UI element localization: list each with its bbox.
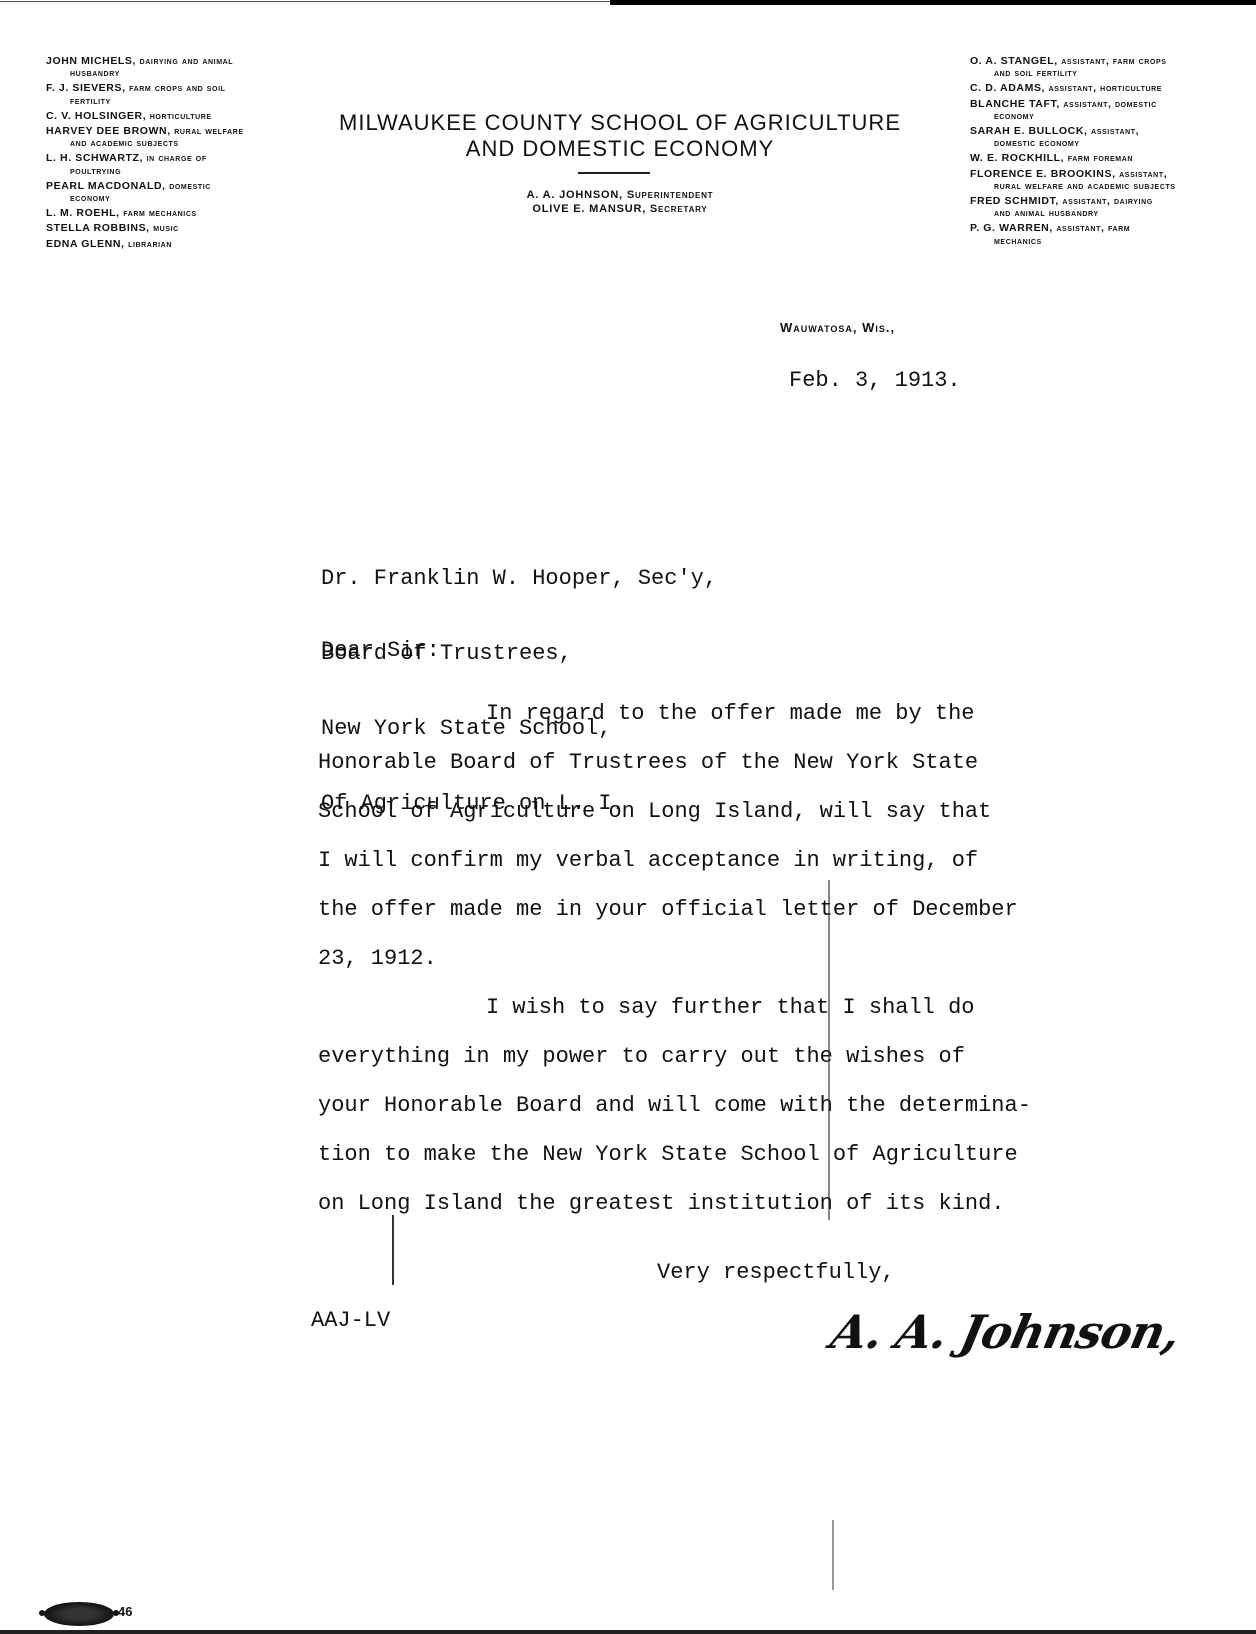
faculty-name: HARVEY DEE BROWN, [46,125,171,137]
faculty-name: L. H. SCHWARTZ, [46,152,143,164]
faculty-role-cont: and Animal Husbandry [970,207,1230,219]
faculty-name: JOHN MICHELS, [46,55,136,67]
faculty-role: Librarian [128,238,172,250]
letter-body: In regard to the offer made me by theHon… [318,689,1138,1228]
body-line: I will confirm my verbal acceptance in w… [318,836,1138,885]
faculty-role-cont: Rural Welfare and Academic Subjects [970,180,1230,192]
faculty-role-cont: Mechanics [970,235,1230,247]
address-line: Dr. Franklin W. Hooper, Sec'y, [321,566,717,591]
faculty-name: BLANCHE TAFT, [970,98,1060,110]
faculty-role: In Charge of [147,152,207,164]
faculty-name: P. G. WARREN, [970,222,1053,234]
faculty-role: Rural Welfare [174,125,243,137]
faculty-role: Farm Crops and Soil [129,82,225,94]
body-line: I wish to say further that I shall do [318,983,1138,1032]
school-name-line1: MILWAUKEE COUNTY SCHOOL OF AGRICULTURE [300,110,940,136]
union-label-icon [44,1602,114,1626]
page-edge-line [0,1,610,2]
body-line: In regard to the offer made me by the [318,689,1138,738]
scan-artifact [832,1520,834,1590]
faculty-entry: F. J. SIEVERS, Farm Crops and SoilFertil… [46,82,296,106]
faculty-entry: W. E. ROCKHILL, Farm Foreman [970,152,1230,164]
officers: A. A. JOHNSON, Superintendent OLIVE E. M… [300,188,940,216]
faculty-role: Farm Mechanics [123,207,197,219]
faculty-name: EDNA GLENN, [46,238,125,250]
faculty-entry: HARVEY DEE BROWN, Rural Welfareand Acade… [46,125,296,149]
faculty-role-cont: Poultrying [46,165,296,177]
faculty-entry: EDNA GLENN, Librarian [46,238,296,250]
faculty-role: Assistant, [1091,125,1139,137]
faculty-role: Music [153,222,179,234]
reference-initials: AAJ-LV [311,1308,390,1333]
faculty-role: Assistant, Farm Crops [1061,55,1166,67]
faculty-entry: C. D. ADAMS, Assistant, Horticulture [970,82,1230,94]
faculty-list-left: JOHN MICHELS, Dairying and AnimalHusband… [46,55,296,253]
body-line: on Long Island the greatest institution … [318,1179,1138,1228]
faculty-role: Domestic [169,180,211,192]
faculty-name: PEARL MACDONALD, [46,180,166,192]
body-line: the offer made me in your official lette… [318,885,1138,934]
scan-artifact [828,880,830,1220]
faculty-name: C. D. ADAMS, [970,82,1045,94]
body-line: everything in my power to carry out the … [318,1032,1138,1081]
faculty-role: Horticulture [150,110,212,122]
faculty-role: Assistant, Horticulture [1049,82,1162,94]
page-bottom-border [0,1630,1256,1634]
faculty-entry: BLANCHE TAFT, Assistant, DomesticEconomy [970,98,1230,122]
faculty-entry: JOHN MICHELS, Dairying and AnimalHusband… [46,55,296,79]
faculty-name: SARAH E. BULLOCK, [970,125,1088,137]
officer-secretary: OLIVE E. MANSUR, Secretary [300,202,940,216]
faculty-role-cont: and Academic Subjects [46,137,296,149]
faculty-role: Assistant, Farm [1056,222,1130,234]
faculty-role-cont: Economy [970,110,1230,122]
faculty-entry: O. A. STANGEL, Assistant, Farm Cropsand … [970,55,1230,79]
salutation: Dear Sir: [321,638,440,663]
faculty-entry: L. H. SCHWARTZ, In Charge ofPoultrying [46,152,296,176]
closing: Very respectfully, [657,1260,895,1285]
handwritten-signature: A. A. Johnson, [826,1305,1184,1359]
officer-superintendent: A. A. JOHNSON, Superintendent [300,188,940,202]
faculty-name: FRED SCHMIDT, [970,195,1059,207]
faculty-role-cont: and Soil Fertility [970,67,1230,79]
letterhead-place: Wauwatosa, Wis., [780,320,895,335]
body-line: your Honorable Board and will come with … [318,1081,1138,1130]
union-label-number: 46 [118,1604,132,1619]
faculty-role: Farm Foreman [1068,152,1133,164]
body-line: Honorable Board of Trustrees of the New … [318,738,1138,787]
faculty-role: Assistant, Domestic [1063,98,1156,110]
page-top-border [610,0,1256,5]
faculty-role-cont: Economy [46,192,296,204]
faculty-name: STELLA ROBBINS, [46,222,150,234]
body-line: tion to make the New York State School o… [318,1130,1138,1179]
school-name-line2: AND DOMESTIC ECONOMY [300,136,940,162]
faculty-name: O. A. STANGEL, [970,55,1058,67]
faculty-entry: PEARL MACDONALD, DomesticEconomy [46,180,296,204]
letterhead-divider [578,172,650,174]
body-line: School of Agriculture on Long Island, wi… [318,787,1138,836]
body-paragraph: In regard to the offer made me by theHon… [318,689,1138,983]
faculty-entry: L. M. ROEHL, Farm Mechanics [46,207,296,219]
faculty-entry: STELLA ROBBINS, Music [46,222,296,234]
school-name: MILWAUKEE COUNTY SCHOOL OF AGRICULTURE A… [300,110,940,162]
faculty-name: L. M. ROEHL, [46,207,120,219]
letter-date: Feb. 3, 1913. [789,368,961,393]
faculty-name: W. E. ROCKHILL, [970,152,1064,164]
faculty-entry: FLORENCE E. BROOKINS, Assistant,Rural We… [970,168,1230,192]
faculty-role: Dairying and Animal [140,55,234,67]
faculty-name: F. J. SIEVERS, [46,82,126,94]
body-paragraph: I wish to say further that I shall doeve… [318,983,1138,1228]
faculty-role-cont: Fertility [46,95,296,107]
faculty-name: FLORENCE E. BROOKINS, [970,168,1116,180]
faculty-role-cont: Husbandry [46,67,296,79]
scan-artifact [392,1215,394,1285]
faculty-role: Assistant, Dairying [1062,195,1152,207]
faculty-name: C. V. HOLSINGER, [46,110,146,122]
faculty-list-right: O. A. STANGEL, Assistant, Farm Cropsand … [970,55,1230,250]
faculty-entry: FRED SCHMIDT, Assistant, Dairyingand Ani… [970,195,1230,219]
faculty-entry: C. V. HOLSINGER, Horticulture [46,110,296,122]
faculty-entry: SARAH E. BULLOCK, Assistant,Domestic Eco… [970,125,1230,149]
faculty-entry: P. G. WARREN, Assistant, FarmMechanics [970,222,1230,246]
faculty-role-cont: Domestic Economy [970,137,1230,149]
body-line: 23, 1912. [318,934,1138,983]
faculty-role: Assistant, [1119,168,1167,180]
